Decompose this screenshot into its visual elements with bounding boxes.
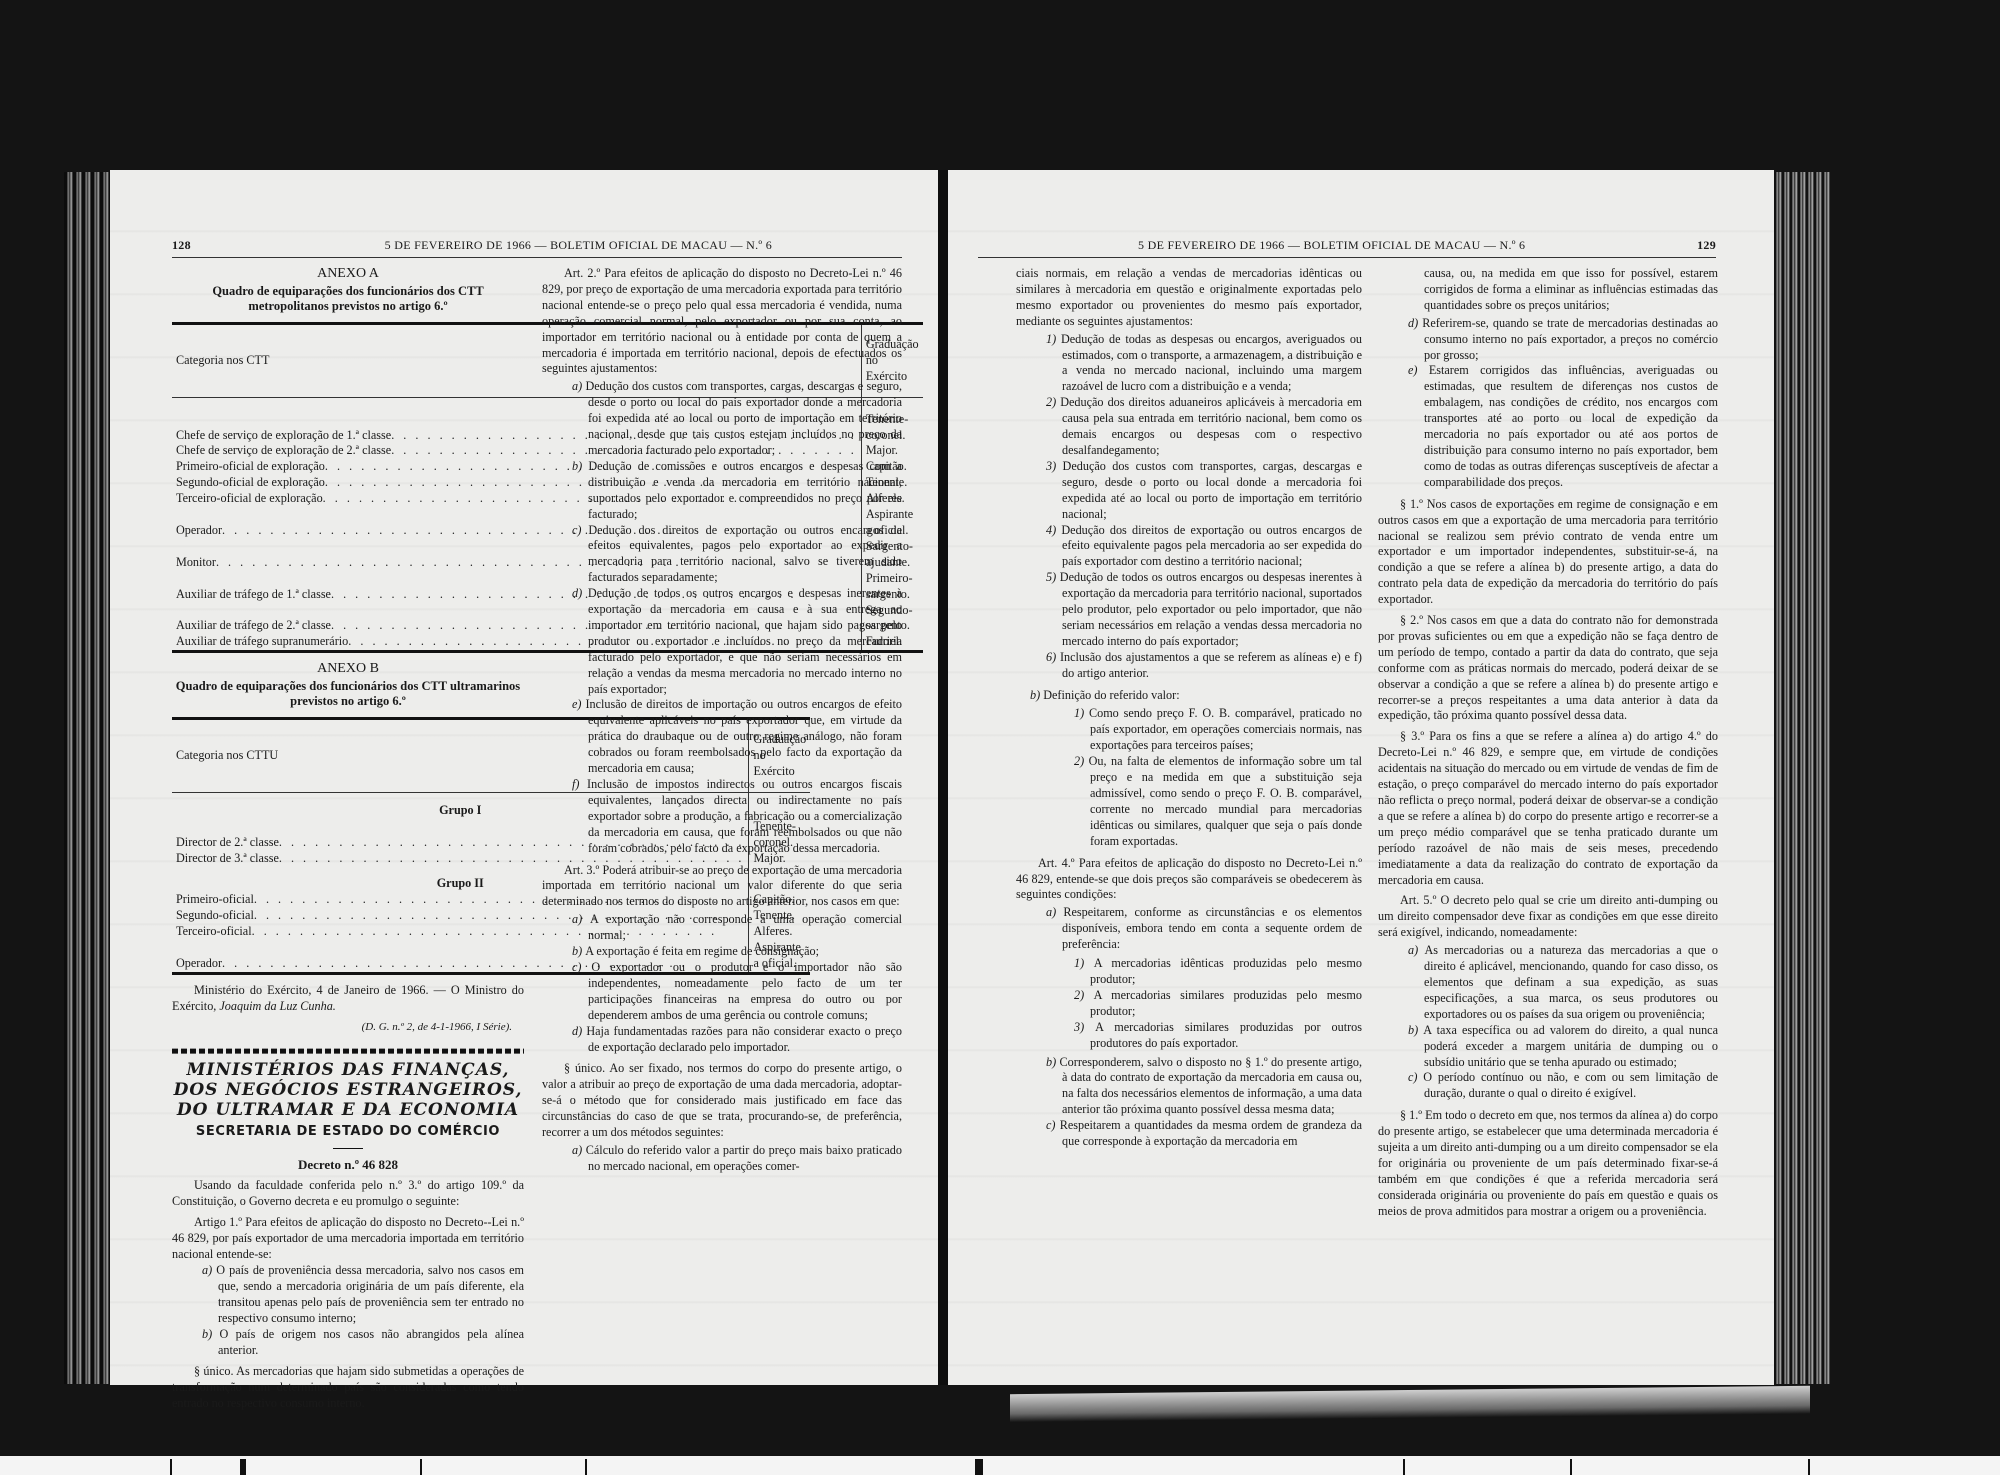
item-label: b)	[1408, 1023, 1423, 1037]
short-rule	[333, 1148, 363, 1149]
list-item: a) A exportação não corresponde a uma op…	[542, 912, 902, 944]
category-text: Director de 2.ª classe	[176, 835, 279, 851]
item-text: Dedução dos direitos de exportação ou ou…	[1061, 523, 1362, 569]
item-label: a)	[572, 1143, 582, 1157]
item-text: O período contínuo ou não, e com ou sem …	[1423, 1070, 1718, 1100]
list-item: 1) A mercadorias idênticas produzidas pe…	[1016, 956, 1362, 988]
page-stack-bottom	[1010, 1386, 1810, 1422]
list-item: a) Cálculo do referido valor a partir do…	[542, 1143, 902, 1175]
item-label: b)	[202, 1327, 220, 1341]
category-text: Operador	[176, 956, 222, 972]
item-label: 1)	[1074, 956, 1094, 970]
category-text: Terceiro-oficial de exploração	[176, 491, 323, 507]
item-label: d)	[1408, 316, 1422, 330]
item-text: Dedução dos custos com transportes, carg…	[1062, 459, 1362, 521]
list-item: e) Inclusão de direitos de importação ou…	[542, 697, 902, 777]
item-label: d)	[572, 586, 588, 600]
item-label: c)	[1046, 1118, 1055, 1132]
item-text: Dedução de todos os outros encargos ou d…	[1060, 570, 1362, 648]
item-text: O exportador ou o produtor e o importado…	[588, 960, 902, 1022]
continuation-text: causa, ou, na medida em que isso for pos…	[1378, 266, 1718, 314]
item-text: A mercadorias idênticas produzidas pelo …	[1090, 956, 1362, 986]
list-item: 4) Dedução dos direitos de exportação ou…	[1016, 523, 1362, 571]
list-item: 6) Inclusão dos ajustamentos a que se re…	[1016, 650, 1362, 682]
ministry-line: MINISTÉRIOS DAS FINANÇAS,	[172, 1060, 524, 1080]
right-column-1: ciais normais, em relação a vendas de me…	[1016, 266, 1362, 1150]
list-item: 1) Como sendo preço F. O. B. comparável,…	[1016, 706, 1362, 754]
list-item: 5) Dedução de todos os outros encargos o…	[1016, 570, 1362, 650]
category-text: Director de 3.ª classe	[176, 851, 279, 867]
running-head-left: 128 5 DE FEVEREIRO DE 1966 — BOLETIM OFI…	[172, 238, 902, 258]
list-item: 2) Ou, na falta de elementos de informaç…	[1016, 754, 1362, 849]
article-1-items: a) O país de proveniência dessa mercador…	[172, 1263, 524, 1358]
item-label: a)	[202, 1263, 216, 1277]
book-page-edges-left	[64, 172, 110, 1384]
item-text: Dedução dos direitos de exportação ou ou…	[588, 523, 902, 585]
item-text: A exportação não corresponde a uma opera…	[588, 912, 902, 942]
decree-preamble: Usando da faculdade conferida pelo n.º 3…	[172, 1178, 524, 1210]
list-item: d) Haja fundamentadas razões para não co…	[542, 1024, 902, 1056]
annex-a-subtitle: Quadro de equiparações dos funcionários …	[172, 284, 524, 314]
category-text: Primeiro-oficial	[176, 892, 254, 908]
item-label: c)	[572, 523, 588, 537]
item-text: Respeitarem, conforme as circunstâncias …	[1062, 905, 1362, 951]
category-text: Chefe de serviço de exploração de 1.ª cl…	[176, 428, 391, 444]
item-label: a)	[1408, 943, 1424, 957]
item-label: b)	[572, 459, 588, 473]
article-3-items: a) A exportação não corresponde a uma op…	[542, 912, 902, 1055]
list-item: d) Dedução de todos os outros encargos e…	[542, 586, 902, 697]
item-label: a)	[572, 912, 590, 926]
category-text: Chefe de serviço de exploração de 2.ª cl…	[176, 443, 391, 459]
category-text: Terceiro-oficial	[176, 924, 252, 940]
item-text: Cálculo do referido valor a partir do pr…	[586, 1143, 902, 1173]
item-label: f)	[572, 777, 587, 791]
annex-b-subtitle: Quadro de equiparações dos funcionários …	[172, 679, 524, 709]
left-column-2: Art. 2.º Para efeitos de aplicação do di…	[542, 266, 902, 1175]
article-2-items: a) Dedução dos custos com transportes, c…	[542, 379, 902, 856]
definition-items: 1) Como sendo preço F. O. B. comparável,…	[1016, 706, 1362, 849]
page-number: 128	[172, 238, 191, 253]
ministry-line: DOS NEGÓCIOS ESTRANGEIROS,	[172, 1080, 524, 1100]
category-text: Auxiliar de tráfego supranumerário	[176, 634, 348, 650]
ornamental-rule	[172, 1044, 524, 1054]
item-text: Inclusão de direitos de importação ou ou…	[585, 697, 902, 775]
signature-name: Joaquim da Luz Cunha.	[219, 999, 335, 1013]
article-1-paragraph-unico: § único. As mercadorias que hajam sido s…	[172, 1364, 524, 1412]
running-head-text: 5 DE FEVEREIRO DE 1966 — BOLETIM OFICIAL…	[385, 238, 772, 253]
right-column-2: causa, ou, na medida em que isso for pos…	[1378, 266, 1718, 1225]
list-item: b) Corresponderem, salvo o disposto no §…	[1016, 1055, 1362, 1119]
item-text: Dedução dos custos com transportes, carg…	[585, 379, 902, 457]
list-item: b) Dedução de comissões e outros encargo…	[542, 459, 902, 523]
list-item: f) Inclusão de impostos indirectos ou ou…	[542, 777, 902, 857]
source-reference: (D. G. n.º 2, de 4-1-1966, I Série).	[172, 1020, 512, 1036]
paragraph-3: § 3.º Para os fins a que se refere a alí…	[1378, 729, 1718, 888]
item-text: Inclusão dos ajustamentos a que se refer…	[1060, 650, 1362, 680]
preference-items: 1) A mercadorias idênticas produzidas pe…	[1016, 956, 1362, 1051]
list-item: d) Referirem-se, quando se trate de merc…	[1378, 316, 1718, 364]
item-label: 4)	[1046, 523, 1061, 537]
running-head-right: 5 DE FEVEREIRO DE 1966 — BOLETIM OFICIAL…	[978, 238, 1716, 258]
condition-items: d) Referirem-se, quando se trate de merc…	[1378, 316, 1718, 491]
item-text: A mercadorias similares produzidas por o…	[1090, 1020, 1362, 1050]
item-text: O país de origem nos casos não abrangido…	[218, 1327, 524, 1357]
category-text: Monitor	[176, 555, 216, 571]
item-text: O país de proveniência dessa mercadoria,…	[216, 1263, 524, 1325]
item-label: b)	[1046, 1055, 1056, 1069]
item-text: Respeitarem a quantidades da mesma ordem…	[1060, 1118, 1362, 1148]
category-text: Auxiliar de tráfego de 2.ª classe	[176, 618, 331, 634]
item-label: 6)	[1046, 650, 1060, 664]
item-label: c)	[572, 960, 591, 974]
adjustment-items: 1) Dedução de todas as despesas ou encar…	[1016, 332, 1362, 682]
list-item: b) O país de origem nos casos não abrang…	[172, 1327, 524, 1359]
ministry-line: DO ULTRAMAR E DA ECONOMIA	[172, 1100, 524, 1120]
item-label: 5)	[1046, 570, 1060, 584]
item-text: A mercadorias similares produzidas pelo …	[1090, 988, 1362, 1018]
item-label: c)	[1408, 1070, 1423, 1084]
list-item: c) Respeitarem a quantidades da mesma or…	[1016, 1118, 1362, 1150]
list-item: 3) Dedução dos custos com transportes, c…	[1016, 459, 1362, 523]
item-label: 1)	[1074, 706, 1089, 720]
item-text: Haja fundamentadas razões para não consi…	[586, 1024, 902, 1054]
annex-a-title: ANEXO A	[172, 266, 524, 282]
decree-title: Decreto n.º 46 828	[172, 1157, 524, 1173]
list-item: a) Respeitarem, conforme as circunstânci…	[1016, 905, 1362, 953]
right-page: 5 DE FEVEREIRO DE 1966 — BOLETIM OFICIAL…	[948, 170, 1774, 1385]
list-item: 3) A mercadorias similares produzidas po…	[1016, 1020, 1362, 1052]
list-item: 1) Dedução de todas as despesas ou encar…	[1016, 332, 1362, 396]
scan-ruler	[0, 1456, 2000, 1475]
article-5-paragraph-1: § 1.º Em todo o decreto em que, nos term…	[1378, 1108, 1718, 1219]
list-item: a) As mercadorias ou a natureza das merc…	[1378, 943, 1718, 1023]
article-3: Art. 3.º Poderá atribuir-se ao preço de …	[542, 863, 902, 911]
article-3-paragraph-unico: § único. Ao ser fixado, nos termos do co…	[542, 1061, 902, 1141]
item-text: Referirem-se, quando se trate de mercado…	[1422, 316, 1718, 362]
left-page: 128 5 DE FEVEREIRO DE 1966 — BOLETIM OFI…	[110, 170, 938, 1385]
list-item: a) O país de proveniência dessa mercador…	[172, 1263, 524, 1327]
item-label: 1)	[1046, 332, 1061, 346]
item-label: 3)	[1046, 459, 1063, 473]
annex-b-title: ANEXO B	[172, 661, 524, 677]
paragraph-1: § 1.º Nos casos de exportações em regime…	[1378, 497, 1718, 608]
item-text: A taxa específica ou ad valorem do direi…	[1423, 1023, 1718, 1069]
page-number: 129	[1697, 238, 1716, 253]
item-text: Ou, na falta de elementos de informação …	[1089, 754, 1362, 848]
article-4: Art. 4.º Para efeitos de aplicação do di…	[1016, 856, 1362, 904]
item-label: e)	[572, 697, 585, 711]
item-text: Inclusão de impostos indirectos ou outro…	[587, 777, 902, 855]
continuation-text: ciais normais, em relação a vendas de me…	[1016, 266, 1362, 330]
item-label: e)	[1408, 363, 1429, 377]
book-page-edges-right	[1774, 172, 1830, 1384]
signature: Ministério do Exército, 4 de Janeiro de …	[172, 983, 524, 1015]
item-label: b)	[572, 944, 585, 958]
list-item: 2) A mercadorias similares produzidas pe…	[1016, 988, 1362, 1020]
list-item: c) O período contínuo ou não, e com ou s…	[1378, 1070, 1718, 1102]
paragraph-2: § 2.º Nos casos em que a data do contrat…	[1378, 613, 1718, 724]
item-text: As mercadorias ou a natureza das mercado…	[1424, 943, 1718, 1021]
item-text: Como sendo preço F. O. B. comparável, pr…	[1089, 706, 1362, 752]
item-label: 2)	[1046, 395, 1060, 409]
book-gutter	[938, 170, 948, 1385]
category-text: Operador	[176, 523, 222, 539]
running-head-text: 5 DE FEVEREIRO DE 1966 — BOLETIM OFICIAL…	[1138, 238, 1525, 253]
article-5-items: a) As mercadorias ou a natureza das merc…	[1378, 943, 1718, 1102]
item-label: 2)	[1074, 988, 1094, 1002]
category-text: Primeiro-oficial de exploração	[176, 459, 325, 475]
item-label: a)	[572, 379, 585, 393]
secretaria-heading: SECRETARIA DE ESTADO DO COMÉRCIO	[172, 1124, 524, 1140]
category-text: Auxiliar de tráfego de 1.ª classe	[176, 587, 331, 603]
item-label: 3)	[1074, 1020, 1095, 1034]
item-text: Estarem corrigidos das influências, aver…	[1424, 363, 1718, 488]
item-text: Dedução dos direitos aduaneiros aplicáve…	[1060, 395, 1362, 457]
item-text: Dedução de todas as despesas ou encargos…	[1061, 332, 1362, 394]
item-text: Corresponderem, salvo o disposto no § 1.…	[1060, 1055, 1362, 1117]
article-5: Art. 5.º O decreto pelo qual se crie um …	[1378, 893, 1718, 941]
category-text: Segundo-oficial	[176, 908, 254, 924]
item-label: b)	[1030, 688, 1040, 702]
article-1: Artigo 1.º Para efeitos de aplicação do …	[172, 1215, 524, 1263]
item-text: Dedução de comissões e outros encargos e…	[588, 459, 902, 521]
list-item: 2) Dedução dos direitos aduaneiros aplic…	[1016, 395, 1362, 459]
item-label: a)	[1046, 905, 1056, 919]
item-text: Dedução de todos os outros encargos e de…	[588, 586, 902, 695]
list-item: e) Estarem corrigidos das influências, a…	[1378, 363, 1718, 490]
left-column-1: ANEXO A Quadro de equiparações dos funci…	[172, 266, 524, 1417]
list-item: b) A taxa específica ou ad valorem do di…	[1378, 1023, 1718, 1071]
item-text: Definição do referido valor:	[1043, 688, 1179, 702]
article-2: Art. 2.º Para efeitos de aplicação do di…	[542, 266, 902, 377]
ministry-heading: MINISTÉRIOS DAS FINANÇAS, DOS NEGÓCIOS E…	[172, 1060, 524, 1120]
item-label: d)	[572, 1024, 586, 1038]
list-item: b) A exportação é feita em regime de con…	[542, 944, 902, 960]
list-item: a) Dedução dos custos com transportes, c…	[542, 379, 902, 459]
item-label: 2)	[1074, 754, 1089, 768]
item-text: A exportação é feita em regime de consig…	[585, 944, 819, 958]
list-item: c) Dedução dos direitos de exportação ou…	[542, 523, 902, 587]
category-text: Segundo-oficial de exploração	[176, 475, 325, 491]
list-item: b) Definição do referido valor:	[1016, 688, 1362, 704]
list-item: c) O exportador ou o produtor e o import…	[542, 960, 902, 1024]
